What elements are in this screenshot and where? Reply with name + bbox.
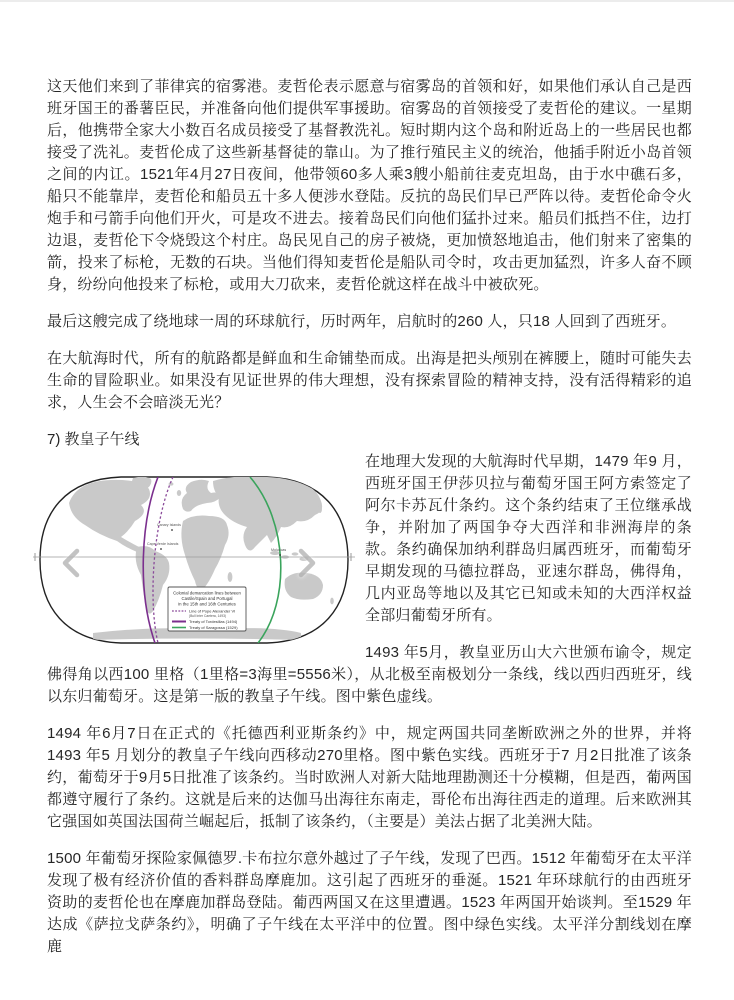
paragraph-tordesillas: 1494 年6月7日在正式的《托德西利亚斯条约》中，规定两国共同垄断欧洲之外的世… bbox=[47, 723, 692, 833]
papal-meridian-section: Canary Islands Cape Verde Islands Molucc… bbox=[47, 451, 692, 723]
paragraph-saragossa: 1500 年葡萄牙探险家佩德罗.卡布拉尔意外越过了子午线，发现了巴西。1512 … bbox=[47, 848, 692, 958]
document-page: 这天他们来到了菲律宾的宿雾港。麦哲伦表示愿意与宿雾岛的首领和好，如果他们承认自己… bbox=[0, 0, 734, 1000]
carousel-prev-arrow[interactable] bbox=[57, 546, 87, 580]
legend-label-saragossa: Treaty of Saragossa (1529) bbox=[189, 625, 238, 630]
carousel-next-arrow[interactable] bbox=[291, 546, 321, 580]
demarcation-map-image[interactable]: Canary Islands Cape Verde Islands Molucc… bbox=[33, 451, 355, 647]
section-heading: 7) 教皇子午线 bbox=[47, 429, 692, 451]
map-legend: Colonial demarcation lines between Casti… bbox=[168, 587, 246, 631]
paragraph-papal-bull: 1493 年5月，教皇亚历山大六世颁布谕令，规定佛得角以西100 里格（1里格=… bbox=[47, 642, 692, 708]
paragraph-magellan-cebu: 这天他们来到了菲律宾的宿雾港。麦哲伦表示愿意与宿雾岛的首领和好，如果他们承认自己… bbox=[47, 76, 692, 296]
canary-islands-label: Canary Islands bbox=[157, 523, 181, 527]
cape-verde-label: Cape Verde Islands bbox=[147, 542, 179, 546]
legend-title-line1: Colonial demarcation lines between bbox=[173, 591, 241, 596]
legend-sublabel-pope-line: (Bull Inter Caetera, 1493) bbox=[189, 614, 226, 618]
moluccas-label: Moluccas bbox=[271, 548, 286, 552]
paragraph-voyage-return: 最后这艘完成了绕地球一周的环球航行，历时两年，启航时的260 人，只18 人回到… bbox=[47, 311, 692, 333]
legend-label-pope-line: Line of Pope Alexander VI bbox=[189, 609, 235, 614]
legend-title-line3: in the 15th and 16th Centuries bbox=[178, 602, 236, 607]
legend-title-line2: Castile/Spain and Portugal bbox=[182, 596, 233, 601]
legend-label-tordesillas: Treaty of Tordesillas (1494) bbox=[189, 619, 238, 624]
paragraph-age-of-sail: 在大航海时代，所有的航路都是鲜血和生命铺垫而成。出海是把头颅别在裤腰上，随时可能… bbox=[47, 348, 692, 414]
